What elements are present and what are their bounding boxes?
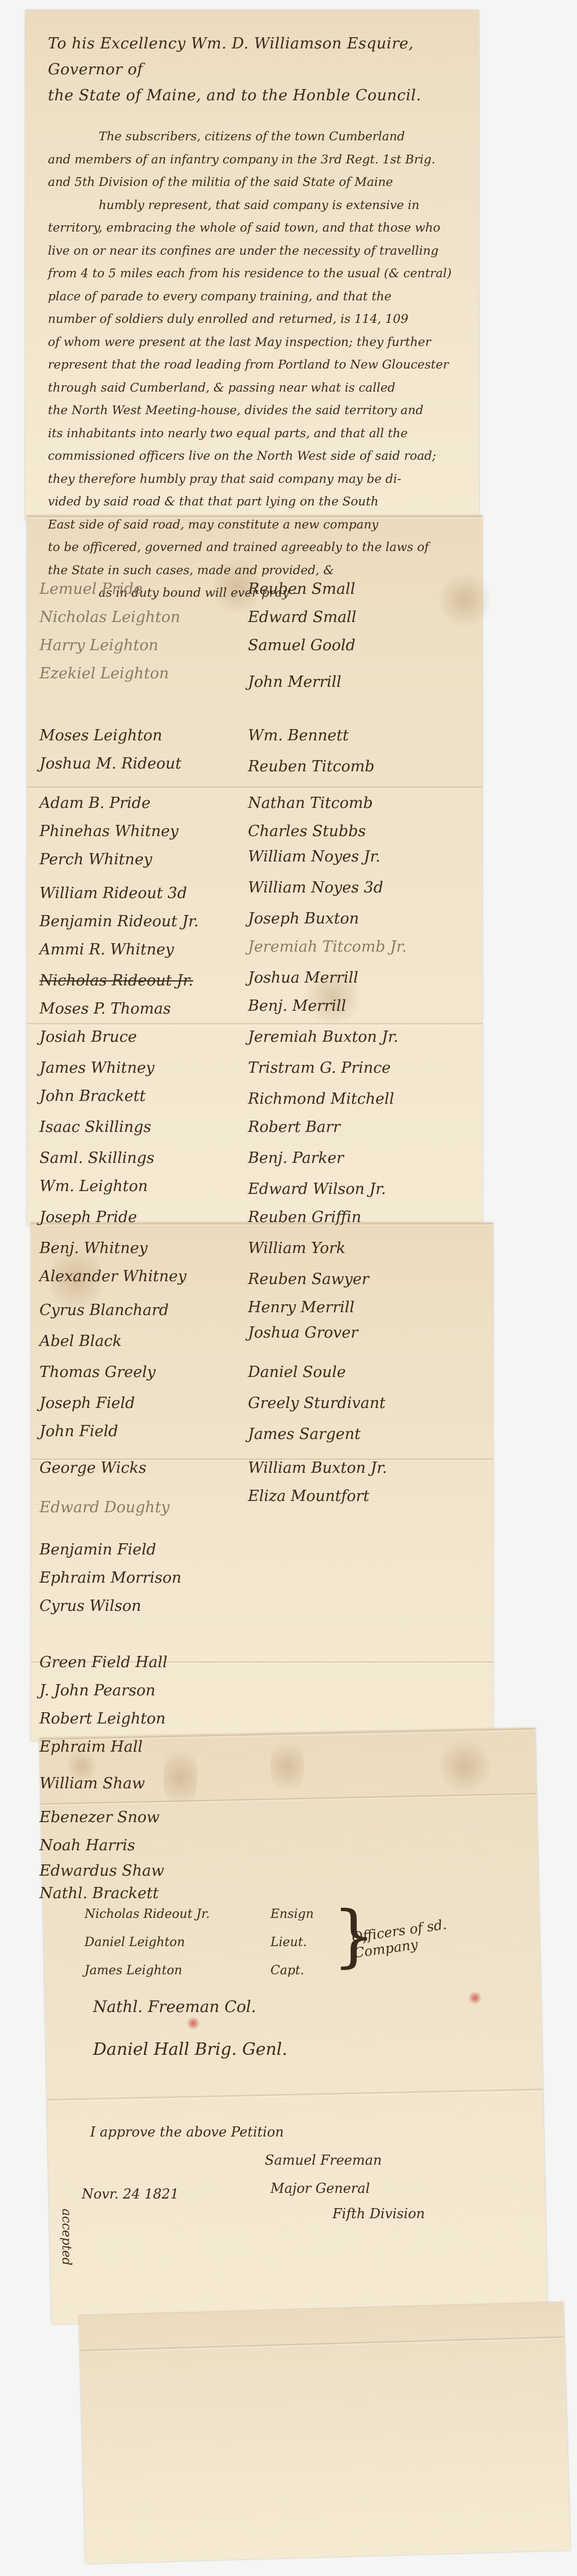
petition-line: through said Cumberland, & passing near …	[48, 377, 465, 400]
signature: Eliza Mountfort	[248, 1487, 369, 1505]
petition-line: from 4 to 5 miles each from his residenc…	[48, 263, 465, 286]
signature: Robert Barr	[248, 1118, 340, 1136]
signature: William Buxton Jr.	[248, 1459, 387, 1477]
petition-line: East side of said road, may constitute a…	[48, 514, 465, 537]
stain	[270, 1735, 304, 1797]
petition-address: To his Excellency Wm. D. Williamson Esqu…	[48, 31, 465, 109]
signature: Daniel Soule	[248, 1363, 346, 1381]
petition-line: humbly represent, that said company is e…	[48, 194, 465, 217]
petition-line: number of soldiers duly enrolled and ret…	[48, 308, 465, 331]
signature: Green Field Hall	[39, 1654, 167, 1671]
signature: Alexander Whitney	[39, 1268, 187, 1285]
signature: Charles Stubbs	[248, 823, 366, 840]
signature: George Wicks	[39, 1459, 147, 1477]
signature: Moses P. Thomas	[39, 1000, 171, 1018]
signature: William Rideout 3d	[39, 885, 187, 902]
signature: Jeremiah Titcomb Jr.	[248, 938, 407, 956]
petition-line: live on or near its confines are under t…	[48, 240, 465, 263]
petition-line: territory, embracing the whole of said t…	[48, 217, 465, 240]
signature: Cyrus Wilson	[39, 1597, 141, 1615]
signature: Ephraim Morrison	[39, 1569, 181, 1587]
officer-name: James Leighton	[85, 1964, 182, 1978]
petition-line: and 5th Division of the militia of the s…	[48, 171, 465, 194]
signature: Noah Harris	[39, 1837, 135, 1854]
signature: Wm. Bennett	[248, 727, 349, 744]
petition-line: to be officered, governed and trained ag…	[48, 536, 465, 559]
petition-text: To his Excellency Wm. D. Williamson Esqu…	[48, 31, 465, 605]
petition-line: of whom were present at the last May ins…	[48, 331, 465, 354]
signature: J. John Pearson	[39, 1682, 156, 1699]
signature: Nicholas Leighton	[39, 609, 180, 626]
signature: John Merrill	[248, 673, 341, 691]
petition-line: its inhabitants into nearly two equal pa…	[48, 423, 465, 446]
signature: Harry Leighton	[39, 637, 158, 654]
fold-crease	[27, 786, 482, 789]
paper-sheet-5	[79, 2302, 570, 2564]
red-wax-mark	[468, 1992, 482, 2004]
signature: Ammi R. Whitney	[39, 941, 174, 958]
signature: Ezekiel Leighton	[39, 665, 169, 682]
petition-line: vided by said road & that that part lyin…	[48, 491, 465, 514]
approval-title: Major General	[270, 2180, 370, 2196]
signature: Abel Black	[39, 1333, 122, 1350]
signature: Cyrus Blanchard	[39, 1302, 168, 1319]
signature: Phinehas Whitney	[39, 823, 179, 840]
signature: Reuben Titcomb	[248, 758, 375, 775]
petition-line: the North West Meeting-house, divides th…	[48, 399, 465, 423]
officer-name: Nicholas Rideout Jr.	[85, 1907, 210, 1921]
signature: Thomas Greely	[39, 1363, 156, 1381]
signature: Nathan Titcomb	[248, 794, 373, 812]
signature: Isaac Skillings	[39, 1118, 151, 1136]
signature: Edwardus Shaw	[39, 1862, 164, 1880]
signature: Samuel Goold	[248, 637, 356, 654]
signature: Joshua Merrill	[248, 969, 358, 987]
signature: Benj. Whitney	[39, 1240, 148, 1257]
signature: William York	[248, 1240, 345, 1257]
signature: William Noyes Jr.	[248, 848, 380, 865]
signature: Joseph Pride	[39, 1209, 137, 1226]
signature: Jeremiah Buxton Jr.	[248, 1028, 398, 1046]
signature: Tristram G. Prince	[248, 1059, 390, 1077]
petition-line: they therefore humbly pray that said com…	[48, 468, 465, 491]
signature: Adam B. Pride	[39, 794, 150, 812]
fold-crease	[27, 1023, 482, 1026]
signature: Benj. Merrill	[248, 997, 346, 1015]
signature: Benjamin Rideout Jr.	[39, 913, 199, 930]
signature: Greely Sturdivant	[248, 1394, 385, 1412]
signature: Wm. Leighton	[39, 1178, 148, 1195]
signature: Lemuel Pride	[39, 580, 143, 598]
officers-block: Nicholas Rideout Jr. Ensign Daniel Leigh…	[85, 1907, 513, 1992]
officer-rank: Capt.	[270, 1964, 304, 1978]
signature: Edward Doughty	[39, 1499, 170, 1516]
signature: Josiah Bruce	[39, 1028, 137, 1046]
signature: Richmond Mitchell	[248, 1090, 394, 1108]
petition-line: and members of an infantry company in th…	[48, 149, 465, 172]
officer-name: Daniel Leighton	[85, 1935, 185, 1949]
fold-crease	[47, 2088, 543, 2102]
signature: Reuben Sawyer	[248, 1271, 369, 1288]
signature: Joseph Field	[39, 1394, 135, 1412]
address-line: To his Excellency Wm. D. Williamson Esqu…	[48, 31, 465, 83]
signature: Nicholas Rideout Jr.	[39, 972, 193, 989]
signature: Robert Leighton	[39, 1710, 166, 1727]
signature: Edward Wilson Jr.	[248, 1180, 386, 1198]
petition-body: The subscribers, citizens of the town Cu…	[48, 126, 465, 605]
approval-division: Fifth Division	[332, 2206, 425, 2222]
approval-statement: I approve the above Petition	[90, 2124, 284, 2140]
signature: Moses Leighton	[39, 727, 162, 744]
petition-line: The subscribers, citizens of the town Cu…	[48, 126, 465, 149]
brig-general-signature: Daniel Hall Brig. Genl.	[93, 2040, 287, 2059]
signature: Joseph Buxton	[248, 910, 359, 927]
petition-line: commissioned officers live on the North …	[48, 445, 465, 468]
signature: Ephraim Hall	[39, 1738, 143, 1756]
officer-rank: Ensign	[270, 1907, 314, 1921]
signature: Henry Merrill	[248, 1299, 354, 1316]
stain	[440, 1735, 490, 1797]
petition-line: represent that the road leading from Por…	[48, 354, 465, 377]
signature: John Field	[39, 1423, 118, 1440]
endorsement-accepted: accepted	[59, 2209, 73, 2266]
red-wax-mark	[186, 2017, 201, 2029]
stain	[163, 1741, 197, 1814]
approval-date: Novr. 24 1821	[82, 2186, 179, 2202]
petition-line: the State in such cases, made and provid…	[48, 559, 465, 583]
signature: John Brackett	[39, 1087, 145, 1105]
signature: William Noyes 3d	[248, 879, 383, 896]
signature: Benjamin Field	[39, 1541, 156, 1558]
signature: James Sargent	[248, 1425, 361, 1443]
signature: Edward Small	[248, 609, 356, 626]
signature: Joshua M. Rideout	[39, 755, 181, 772]
signature: William Shaw	[39, 1775, 145, 1792]
fold-crease	[80, 2336, 565, 2353]
officer-rank: Lieut.	[270, 1935, 307, 1949]
officer-row: James Leighton Capt.	[85, 1964, 513, 1992]
petition-line: place of parade to every company trainin…	[48, 286, 465, 309]
signature: Nathl. Brackett	[39, 1885, 159, 1902]
signature: Joshua Grover	[248, 1324, 358, 1342]
address-line: the State of Maine, and to the Honble Co…	[48, 83, 465, 109]
colonel-signature: Nathl. Freeman Col.	[93, 1997, 256, 2016]
signature: Ebenezer Snow	[39, 1809, 159, 1826]
signature: Benj. Parker	[248, 1149, 344, 1167]
signature: Reuben Small	[248, 580, 355, 598]
approval-signer: Samuel Freeman	[265, 2152, 382, 2168]
signature: Reuben Griffin	[248, 1209, 361, 1226]
signature: Perch Whitney	[39, 851, 152, 868]
signature: James Whitney	[39, 1059, 154, 1077]
signature: Saml. Skillings	[39, 1149, 154, 1167]
